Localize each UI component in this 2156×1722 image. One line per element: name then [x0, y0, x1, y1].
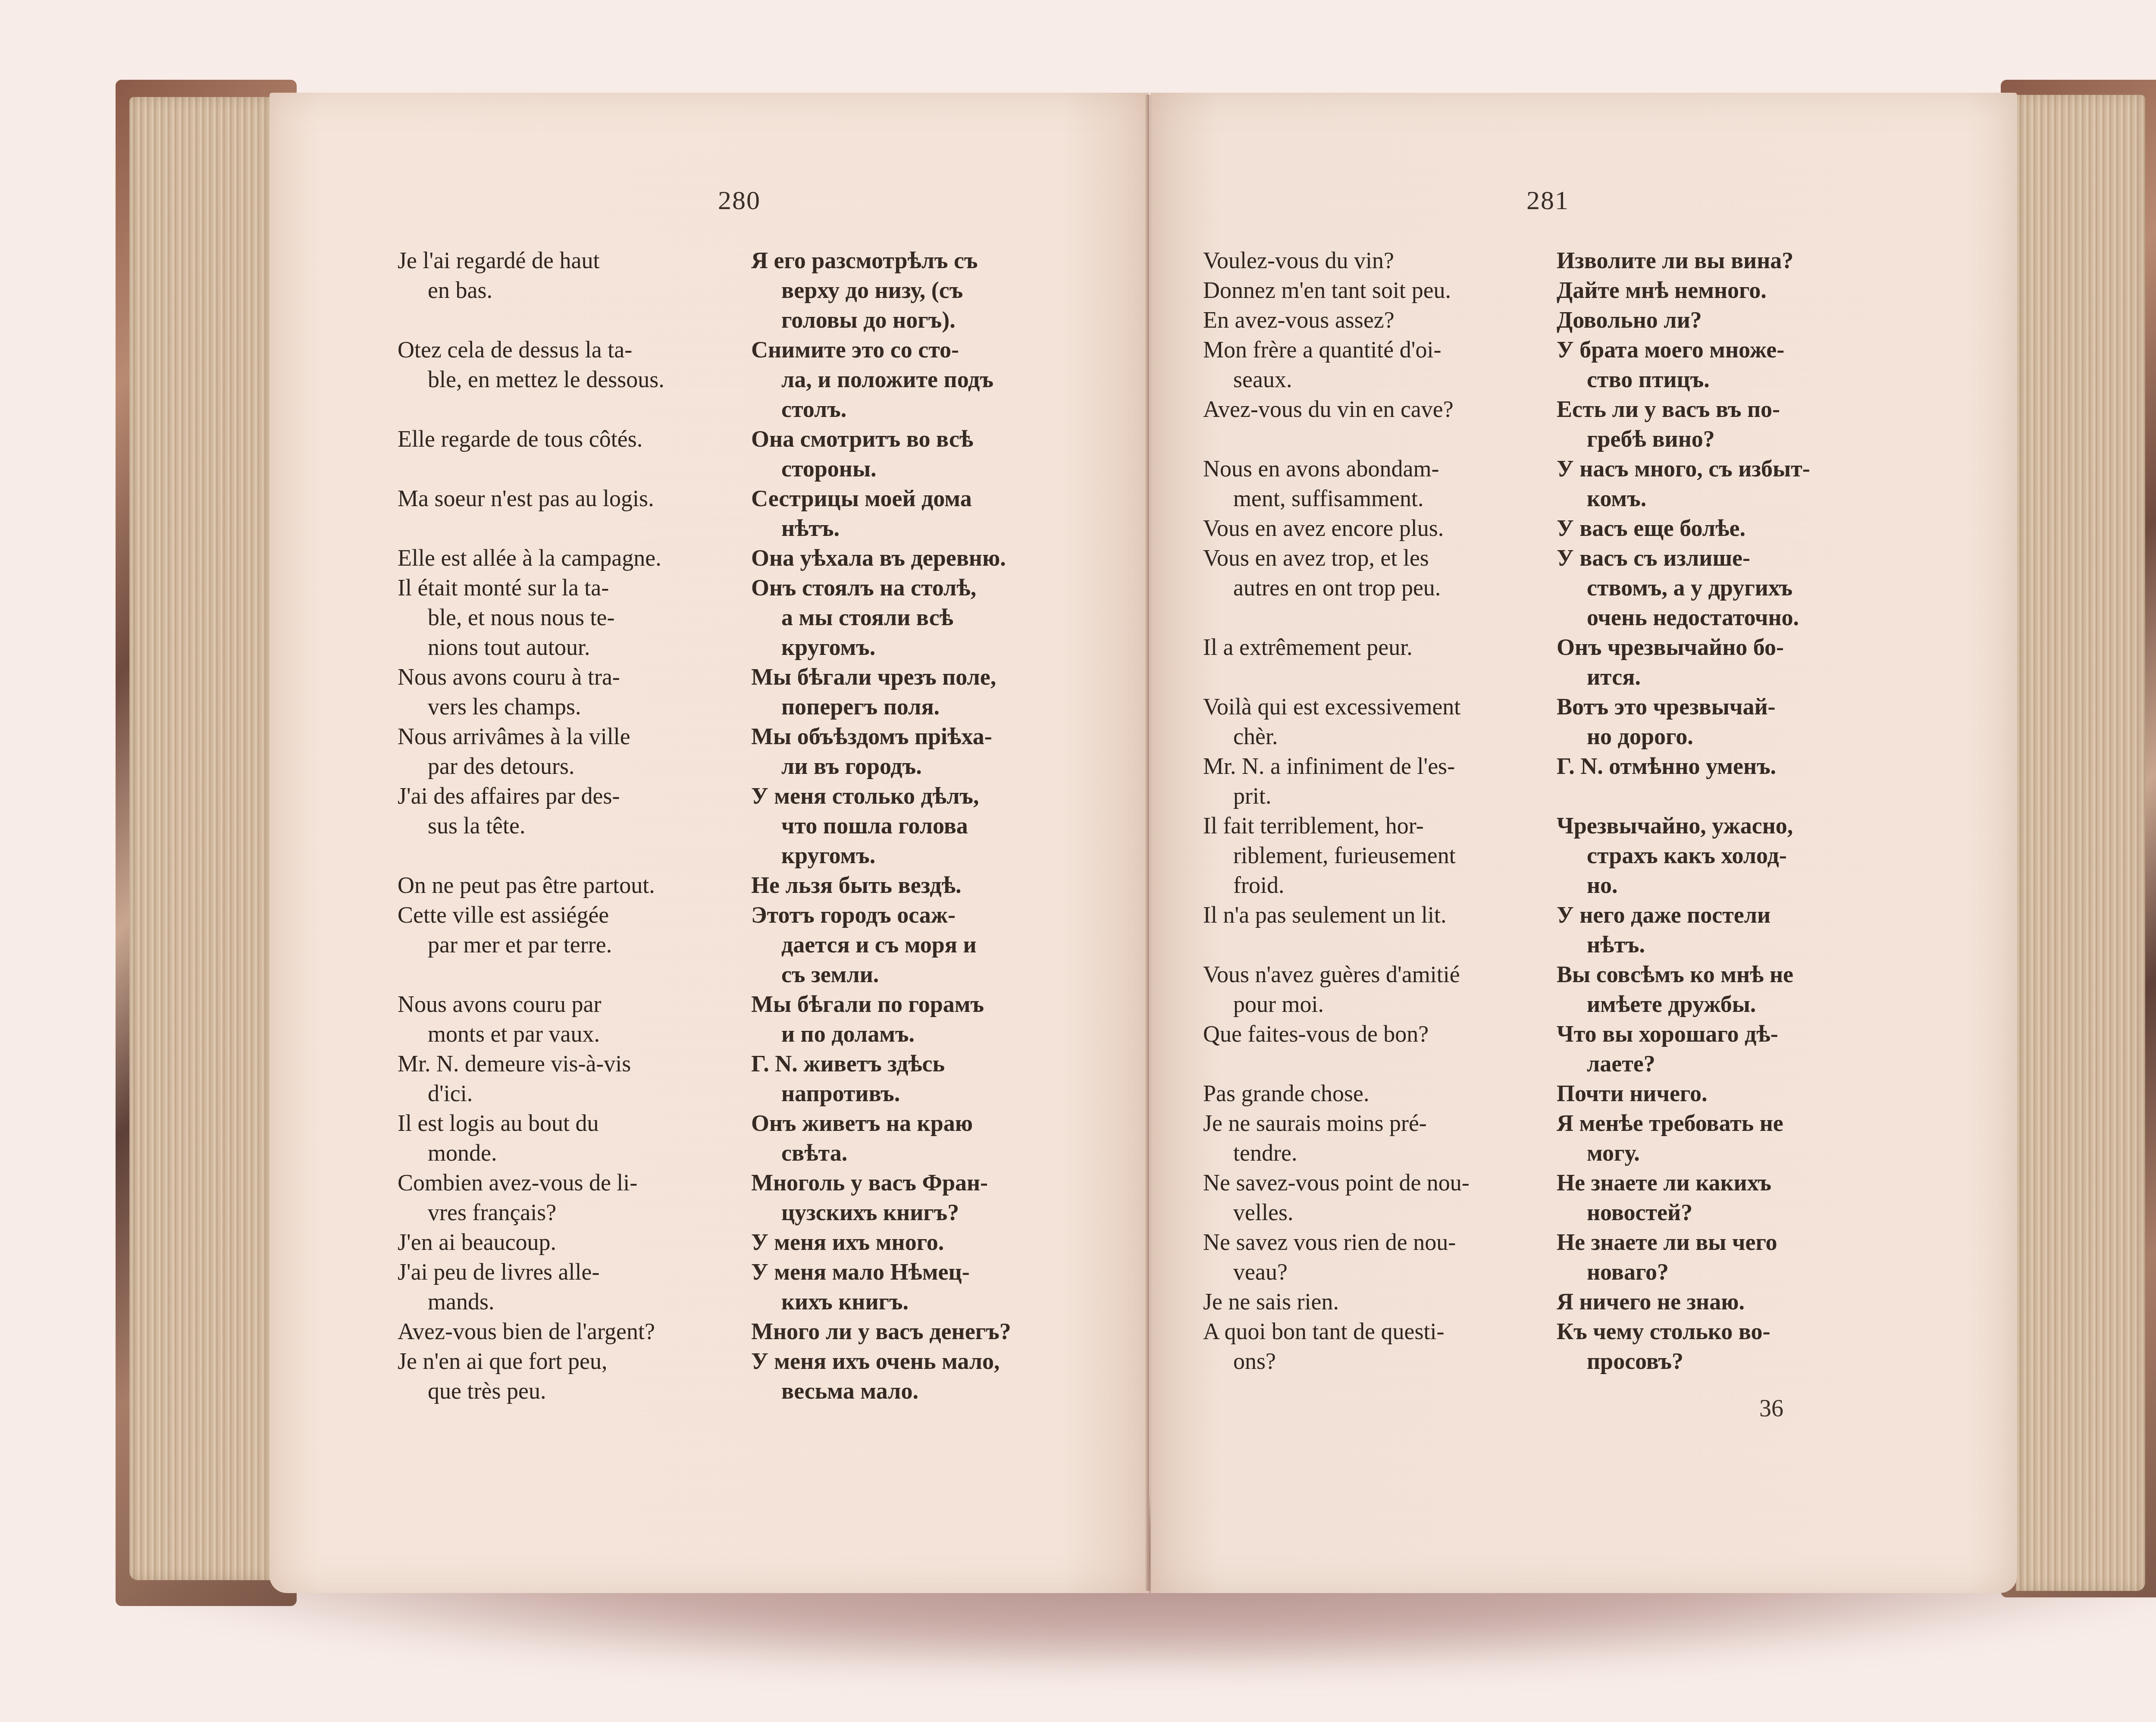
- russian-line: просовъ?: [1557, 1346, 1902, 1376]
- russian-line: нѣтъ.: [1557, 930, 1902, 960]
- russian-line: Есть ли у васъ въ по-: [1557, 394, 1902, 424]
- french-line: Il était monté sur la ta-: [398, 573, 751, 603]
- phrase-entry: J'ai peu de livres alle-mands.У меня мал…: [398, 1257, 1096, 1317]
- french-phrase: En avez-vous assez?: [1203, 305, 1557, 335]
- french-line: Cette ville est assiégée: [398, 900, 751, 930]
- french-phrase: Avez-vous bien de l'argent?: [398, 1317, 751, 1346]
- phrase-entry: Otez cela de dessus la ta-ble, en mettez…: [398, 335, 1096, 424]
- french-line: ment, suffisamment.: [1203, 484, 1557, 513]
- russian-line: нѣтъ.: [751, 513, 1096, 543]
- phrase-entry: Voulez-vous du vin?Изволите ли вы вина?: [1203, 246, 1902, 276]
- french-line: Otez cela de dessus la ta-: [398, 335, 751, 365]
- phrase-entry: Pas grande chose.Почти ничего.: [1203, 1079, 1902, 1108]
- russian-translation: Я ничего не знаю.: [1557, 1287, 1902, 1317]
- russian-line: У меня столько дѣлъ,: [751, 781, 1096, 811]
- french-line: En avez-vous assez?: [1203, 305, 1557, 335]
- french-phrase: Il est logis au bout dumonde.: [398, 1108, 751, 1168]
- russian-line: У насъ много, съ избыт-: [1557, 454, 1902, 484]
- french-line: monts et par vaux.: [398, 1019, 751, 1049]
- french-line: Nous en avons abondam-: [1203, 454, 1557, 484]
- russian-line: съ земли.: [751, 960, 1096, 989]
- phrase-entry: Nous avons couru parmonts et par vaux.Мы…: [398, 989, 1096, 1049]
- french-line: Vous en avez encore plus.: [1203, 513, 1557, 543]
- french-phrase: J'ai des affaires par des-sus la tête.: [398, 781, 751, 870]
- french-line: Je n'en ai que fort peu,: [398, 1346, 751, 1376]
- russian-line: У васъ еще болѣе.: [1557, 513, 1902, 543]
- russian-translation: Она смотритъ во всѣстороны.: [751, 424, 1096, 484]
- phrase-entry: Ne savez-vous point de nou-velles.Не зна…: [1203, 1168, 1902, 1227]
- russian-line: Этотъ городъ осаж-: [751, 900, 1096, 930]
- book-gutter: [1145, 95, 1152, 1591]
- french-line: veau?: [1203, 1257, 1557, 1287]
- russian-line: головы до ногъ).: [751, 305, 1096, 335]
- french-line: Donnez m'en tant soit peu.: [1203, 276, 1557, 305]
- phrase-entry: Mr. N. a infiniment de l'es-prit.Г. N. о…: [1203, 751, 1902, 811]
- french-line: Ma soeur n'est pas au logis.: [398, 484, 751, 513]
- russian-translation: Изволите ли вы вина?: [1557, 246, 1902, 276]
- phrase-entry: Je n'en ai que fort peu,que très peu.У м…: [398, 1346, 1096, 1406]
- phrase-entry: Nous en avons abondam-ment, suffisamment…: [1203, 454, 1902, 513]
- phrase-entry: Il est logis au bout dumonde.Онъ живетъ …: [398, 1108, 1096, 1168]
- russian-line: Г. N. отмѣнно уменъ.: [1557, 751, 1902, 781]
- russian-line: кругомъ.: [751, 632, 1096, 662]
- russian-line: очень недостаточно.: [1557, 603, 1902, 632]
- phrase-entry: Il a extrêmement peur.Онъ чрезвычайно бо…: [1203, 632, 1902, 692]
- russian-translation: Я менѣе требовать немогу.: [1557, 1108, 1902, 1168]
- russian-line: Мы бѣгали чрезъ поле,: [751, 662, 1096, 692]
- french-line: velles.: [1203, 1198, 1557, 1227]
- russian-line: У васъ съ излише-: [1557, 543, 1902, 573]
- french-phrase: On ne peut pas être partout.: [398, 870, 751, 900]
- french-phrase: Voulez-vous du vin?: [1203, 246, 1557, 276]
- russian-line: Сестрицы моей дома: [751, 484, 1096, 513]
- phrase-entry: J'en ai beaucoup.У меня ихъ много.: [398, 1227, 1096, 1257]
- russian-translation: Г. N. живетъ здѣсьнапротивъ.: [751, 1049, 1096, 1108]
- french-phrase: Vous en avez encore plus.: [1203, 513, 1557, 543]
- french-line: pour moi.: [1203, 989, 1557, 1019]
- russian-line: Довольно ли?: [1557, 305, 1902, 335]
- phrase-entry: Nous avons couru à tra-vers les champs.М…: [398, 662, 1096, 722]
- french-phrase: Je ne sais rien.: [1203, 1287, 1557, 1317]
- phrase-entry: Que faites-vous de bon?Что вы хорошаго д…: [1203, 1019, 1902, 1079]
- russian-line: имѣете дружбы.: [1557, 989, 1902, 1019]
- french-phrase: Vous en avez trop, et lesautres en ont t…: [1203, 543, 1557, 632]
- french-phrase: J'ai peu de livres alle-mands.: [398, 1257, 751, 1317]
- french-phrase: Cette ville est assiégéepar mer et par t…: [398, 900, 751, 989]
- french-phrase: Je n'en ai que fort peu,que très peu.: [398, 1346, 751, 1406]
- french-line: mands.: [398, 1287, 751, 1317]
- phrase-entry: Vous n'avez guères d'amitiépour moi.Вы с…: [1203, 960, 1902, 1019]
- page-edges-left: [129, 97, 272, 1580]
- french-line: ons?: [1203, 1346, 1557, 1376]
- french-line: Combien avez-vous de li-: [398, 1168, 751, 1198]
- french-phrase: Ne savez vous rien de nou-veau?: [1203, 1227, 1557, 1287]
- french-line: Voilà qui est excessivement: [1203, 692, 1557, 722]
- russian-translation: Многоль у васъ Фран-цузскихъ книгъ?: [751, 1168, 1096, 1227]
- french-line: Vous en avez trop, et les: [1203, 543, 1557, 573]
- phrase-entry: Avez-vous bien de l'argent?Много ли у ва…: [398, 1317, 1096, 1346]
- russian-line: У меня мало Нѣмец-: [751, 1257, 1096, 1287]
- french-phrase: Nous avons couru parmonts et par vaux.: [398, 989, 751, 1049]
- russian-line: но дорого.: [1557, 722, 1902, 751]
- russian-line: и по доламъ.: [751, 1019, 1096, 1049]
- russian-line: Г. N. живетъ здѣсь: [751, 1049, 1096, 1079]
- phrase-entry: Mr. N. demeure vis-à-visd'ici.Г. N. живе…: [398, 1049, 1096, 1108]
- russian-line: напротивъ.: [751, 1079, 1096, 1108]
- phrase-entry: Ne savez vous rien de nou-veau?Не знаете…: [1203, 1227, 1902, 1287]
- french-phrase: Ne savez-vous point de nou-velles.: [1203, 1168, 1557, 1227]
- russian-line: У меня ихъ много.: [751, 1227, 1096, 1257]
- russian-line: кихъ книгъ.: [751, 1287, 1096, 1317]
- french-line: par mer et par terre.: [398, 930, 751, 960]
- french-phrase: Voilà qui est excessivementchèr.: [1203, 692, 1557, 751]
- french-line: On ne peut pas être partout.: [398, 870, 751, 900]
- french-line: Il n'a pas seulement un lit.: [1203, 900, 1557, 930]
- russian-translation: У брата моего множе-ство птицъ.: [1557, 335, 1902, 394]
- french-line: par des detours.: [398, 751, 751, 781]
- french-phrase: Il fait terriblement, hor-riblement, fur…: [1203, 811, 1557, 900]
- french-phrase: Pas grande chose.: [1203, 1079, 1557, 1108]
- russian-translation: Мы бѣгали по горамъи по доламъ.: [751, 989, 1096, 1049]
- russian-line: Многоль у васъ Фран-: [751, 1168, 1096, 1198]
- russian-line: но.: [1557, 870, 1902, 900]
- russian-translation: Не знаете ли какихъновостей?: [1557, 1168, 1902, 1227]
- french-line: Que faites-vous de bon?: [1203, 1019, 1557, 1049]
- phrase-entry: J'ai des affaires par des-sus la tête.У …: [398, 781, 1096, 870]
- french-line: tendre.: [1203, 1138, 1557, 1168]
- phrase-entry: Voilà qui est excessivementchèr.Вотъ это…: [1203, 692, 1902, 751]
- russian-line: а мы стояли всѣ: [751, 603, 1096, 632]
- page-number-right: 281: [1526, 185, 1569, 216]
- russian-line: лаете?: [1557, 1049, 1902, 1079]
- french-phrase: Vous n'avez guères d'amitiépour moi.: [1203, 960, 1557, 1019]
- russian-translation: Я его разсмотрѣлъ съверху до низу, (съго…: [751, 246, 1096, 335]
- russian-translation: У меня ихъ очень мало,весьма мало.: [751, 1346, 1096, 1406]
- french-phrase: Elle regarde de tous côtés.: [398, 424, 751, 484]
- french-phrase: Nous arrivâmes à la villepar des detours…: [398, 722, 751, 781]
- russian-line: ла, и положите подъ: [751, 365, 1096, 394]
- phrase-entry: Nous arrivâmes à la villepar des detours…: [398, 722, 1096, 781]
- russian-line: столъ.: [751, 394, 1096, 424]
- russian-translation: У васъ съ излише-ствомъ, а у другихъочен…: [1557, 543, 1902, 632]
- russian-translation: Не знаете ли вы чегоноваго?: [1557, 1227, 1902, 1287]
- french-phrase: Mr. N. a infiniment de l'es-prit.: [1203, 751, 1557, 811]
- russian-line: Она смотритъ во всѣ: [751, 424, 1096, 454]
- russian-line: стороны.: [751, 454, 1096, 484]
- russian-translation: Вотъ это чрезвычай-но дорого.: [1557, 692, 1902, 751]
- russian-line: Почти ничего.: [1557, 1079, 1902, 1108]
- russian-translation: У меня ихъ много.: [751, 1227, 1096, 1257]
- phrase-entry: Je l'ai regardé de hauten bas.Я его разс…: [398, 246, 1096, 335]
- french-line: Mr. N. a infiniment de l'es-: [1203, 751, 1557, 781]
- russian-line: Мы объѣздомъ пріѣха-: [751, 722, 1096, 751]
- russian-line: новостей?: [1557, 1198, 1902, 1227]
- phrase-entry: Elle regarde de tous côtés.Она смотритъ …: [398, 424, 1096, 484]
- russian-line: Снимите это со сто-: [751, 335, 1096, 365]
- french-line: Avez-vous du vin en cave?: [1203, 394, 1557, 424]
- french-line: autres en ont trop peu.: [1203, 573, 1557, 603]
- french-line: Vous n'avez guères d'amitié: [1203, 960, 1557, 989]
- french-line: Je l'ai regardé de haut: [398, 246, 751, 276]
- french-line: Je ne saurais moins pré-: [1203, 1108, 1557, 1138]
- russian-translation: У васъ еще болѣе.: [1557, 513, 1902, 543]
- french-line: vres français?: [398, 1198, 751, 1227]
- french-phrase: Nous avons couru à tra-vers les champs.: [398, 662, 751, 722]
- russian-line: гребѣ вино?: [1557, 424, 1902, 454]
- french-phrase: Elle est allée à la campagne.: [398, 543, 751, 573]
- french-line: J'ai des affaires par des-: [398, 781, 751, 811]
- french-line: J'ai peu de livres alle-: [398, 1257, 751, 1287]
- phrase-table-left: Je l'ai regardé de hauten bas.Я его разс…: [398, 246, 1096, 1406]
- phrase-entry: Il fait terriblement, hor-riblement, fur…: [1203, 811, 1902, 900]
- signature-mark: 36: [1759, 1395, 1783, 1422]
- french-line: Nous avons couru à tra-: [398, 662, 751, 692]
- french-line: en bas.: [398, 276, 751, 305]
- french-line: Pas grande chose.: [1203, 1079, 1557, 1108]
- russian-line: Онъ живетъ на краю: [751, 1108, 1096, 1138]
- french-phrase: Il n'a pas seulement un lit.: [1203, 900, 1557, 960]
- french-line: Il fait terriblement, hor-: [1203, 811, 1557, 841]
- french-line: Il est logis au bout du: [398, 1108, 751, 1138]
- russian-line: страхъ какъ холод-: [1557, 841, 1902, 870]
- russian-line: Что вы хорошаго дѣ-: [1557, 1019, 1902, 1049]
- french-line: ble, en mettez le dessous.: [398, 365, 751, 394]
- french-line: nions tout autour.: [398, 632, 751, 662]
- french-line: ble, et nous nous te-: [398, 603, 751, 632]
- russian-line: У него даже постели: [1557, 900, 1902, 930]
- russian-line: ствомъ, а у другихъ: [1557, 573, 1902, 603]
- phrase-entry: Vous en avez trop, et lesautres en ont t…: [1203, 543, 1902, 632]
- russian-line: весьма мало.: [751, 1376, 1096, 1406]
- french-phrase: Je l'ai regardé de hauten bas.: [398, 246, 751, 335]
- russian-line: ится.: [1557, 662, 1902, 692]
- french-line: Elle regarde de tous côtés.: [398, 424, 751, 454]
- russian-line: Изволите ли вы вина?: [1557, 246, 1902, 276]
- phrase-entry: Ma soeur n'est pas au logis.Сестрицы мое…: [398, 484, 1096, 543]
- phrase-entry: Je ne saurais moins pré-tendre.Я менѣе т…: [1203, 1108, 1902, 1168]
- russian-line: Вы совсѣмъ ко мнѣ не: [1557, 960, 1902, 989]
- page-edges-right: [2016, 95, 2145, 1591]
- french-phrase: A quoi bon tant de questi-ons?: [1203, 1317, 1557, 1376]
- phrase-entry: Je ne sais rien.Я ничего не знаю.: [1203, 1287, 1902, 1317]
- phrase-entry: Avez-vous du vin en cave?Есть ли у васъ …: [1203, 394, 1902, 454]
- french-line: sus la tête.: [398, 811, 751, 841]
- russian-translation: Почти ничего.: [1557, 1079, 1902, 1108]
- french-line: vers les champs.: [398, 692, 751, 722]
- russian-translation: У насъ много, съ избыт-комъ.: [1557, 454, 1902, 513]
- french-phrase: J'en ai beaucoup.: [398, 1227, 751, 1257]
- russian-translation: Этотъ городъ осаж-дается и съ моря исъ з…: [751, 900, 1096, 989]
- russian-line: цузскихъ книгъ?: [751, 1198, 1096, 1227]
- russian-line: ли въ городъ.: [751, 751, 1096, 781]
- french-line: A quoi bon tant de questi-: [1203, 1317, 1557, 1346]
- russian-line: Къ чему столько во-: [1557, 1317, 1902, 1346]
- russian-translation: Мы объѣздомъ пріѣха-ли въ городъ.: [751, 722, 1096, 781]
- russian-line: Я его разсмотрѣлъ съ: [751, 246, 1096, 276]
- french-phrase: Ma soeur n'est pas au logis.: [398, 484, 751, 543]
- russian-line: Дайте мнѣ немного.: [1557, 276, 1902, 305]
- russian-translation: Къ чему столько во-просовъ?: [1557, 1317, 1902, 1376]
- french-line: J'en ai beaucoup.: [398, 1227, 751, 1257]
- russian-line: Не знаете ли какихъ: [1557, 1168, 1902, 1198]
- french-line: Avez-vous bien de l'argent?: [398, 1317, 751, 1346]
- russian-line: Мы бѣгали по горамъ: [751, 989, 1096, 1019]
- russian-line: У меня ихъ очень мало,: [751, 1346, 1096, 1376]
- french-line: Voulez-vous du vin?: [1203, 246, 1557, 276]
- russian-line: Онъ чрезвычайно бо-: [1557, 632, 1902, 662]
- russian-line: Много ли у васъ денегъ?: [751, 1317, 1096, 1346]
- phrase-entry: On ne peut pas être partout.Не льзя быть…: [398, 870, 1096, 900]
- french-line: Je ne sais rien.: [1203, 1287, 1557, 1317]
- russian-translation: Онъ живетъ на краюсвѣта.: [751, 1108, 1096, 1168]
- russian-translation: Не льзя быть вездѣ.: [751, 870, 1096, 900]
- russian-line: Онъ стоялъ на столѣ,: [751, 573, 1096, 603]
- russian-translation: Сестрицы моей доманѣтъ.: [751, 484, 1096, 543]
- russian-line: дается и съ моря и: [751, 930, 1096, 960]
- french-phrase: Je ne saurais moins pré-tendre.: [1203, 1108, 1557, 1168]
- russian-line: Вотъ это чрезвычай-: [1557, 692, 1902, 722]
- french-line: Ne savez vous rien de nou-: [1203, 1227, 1557, 1257]
- french-line: Nous arrivâmes à la ville: [398, 722, 751, 751]
- phrase-table-right: Voulez-vous du vin?Изволите ли вы вина?D…: [1203, 246, 1902, 1376]
- french-phrase: Mon frère a quantité d'oi-seaux.: [1203, 335, 1557, 394]
- french-phrase: Combien avez-vous de li-vres français?: [398, 1168, 751, 1227]
- french-line: Mr. N. demeure vis-à-vis: [398, 1049, 751, 1079]
- french-line: Nous avons couru par: [398, 989, 751, 1019]
- russian-translation: Онъ стоялъ на столѣ,а мы стояли всѣкруго…: [751, 573, 1096, 662]
- russian-translation: Вы совсѣмъ ко мнѣ неимѣете дружбы.: [1557, 960, 1902, 1019]
- russian-line: верху до низу, (съ: [751, 276, 1096, 305]
- french-phrase: Nous en avons abondam-ment, suffisamment…: [1203, 454, 1557, 513]
- russian-translation: Чрезвычайно, ужасно,страхъ какъ холод-но…: [1557, 811, 1902, 900]
- russian-translation: Дайте мнѣ немного.: [1557, 276, 1902, 305]
- russian-translation: Много ли у васъ денегъ?: [751, 1317, 1096, 1346]
- french-line: d'ici.: [398, 1079, 751, 1108]
- phrase-entry: Mon frère a quantité d'oi-seaux.У брата …: [1203, 335, 1902, 394]
- russian-line: свѣта.: [751, 1138, 1096, 1168]
- french-phrase: Avez-vous du vin en cave?: [1203, 394, 1557, 454]
- russian-translation: У меня столько дѣлъ,что пошла головакруг…: [751, 781, 1096, 870]
- russian-line: что пошла голова: [751, 811, 1096, 841]
- russian-line: Не знаете ли вы чего: [1557, 1227, 1902, 1257]
- russian-line: Не льзя быть вездѣ.: [751, 870, 1096, 900]
- french-phrase: Il a extrêmement peur.: [1203, 632, 1557, 692]
- french-line: chèr.: [1203, 722, 1557, 751]
- russian-line: Чрезвычайно, ужасно,: [1557, 811, 1902, 841]
- french-line: Ne savez-vous point de nou-: [1203, 1168, 1557, 1198]
- french-line: monde.: [398, 1138, 751, 1168]
- phrase-entry: Vous en avez encore plus.У васъ еще болѣ…: [1203, 513, 1902, 543]
- russian-line: кругомъ.: [751, 841, 1096, 870]
- russian-translation: Довольно ли?: [1557, 305, 1902, 335]
- phrase-entry: Cette ville est assiégéepar mer et par t…: [398, 900, 1096, 989]
- french-line: seaux.: [1203, 365, 1557, 394]
- french-line: que très peu.: [398, 1376, 751, 1406]
- french-phrase: Que faites-vous de bon?: [1203, 1019, 1557, 1079]
- russian-line: Я ничего не знаю.: [1557, 1287, 1902, 1317]
- russian-translation: Снимите это со сто-ла, и положите подъст…: [751, 335, 1096, 424]
- french-phrase: Il était monté sur la ta-ble, et nous no…: [398, 573, 751, 662]
- phrase-entry: Il était monté sur la ta-ble, et nous no…: [398, 573, 1096, 662]
- russian-translation: Онъ чрезвычайно бо-ится.: [1557, 632, 1902, 692]
- french-phrase: Mr. N. demeure vis-à-visd'ici.: [398, 1049, 751, 1108]
- phrase-entry: Combien avez-vous de li-vres français?Мн…: [398, 1168, 1096, 1227]
- russian-line: У брата моего множе-: [1557, 335, 1902, 365]
- russian-translation: Есть ли у васъ въ по-гребѣ вино?: [1557, 394, 1902, 454]
- russian-translation: У него даже постелинѣтъ.: [1557, 900, 1902, 960]
- phrase-entry: A quoi bon tant de questi-ons?Къ чему ст…: [1203, 1317, 1902, 1376]
- russian-translation: Г. N. отмѣнно уменъ.: [1557, 751, 1902, 811]
- phrase-entry: Donnez m'en tant soit peu.Дайте мнѣ немн…: [1203, 276, 1902, 305]
- russian-translation: У меня мало Нѣмец-кихъ книгъ.: [751, 1257, 1096, 1317]
- russian-translation: Она уѣхала въ деревню.: [751, 543, 1096, 573]
- russian-line: Я менѣе требовать не: [1557, 1108, 1902, 1138]
- russian-translation: Что вы хорошаго дѣ-лаете?: [1557, 1019, 1902, 1079]
- russian-line: могу.: [1557, 1138, 1902, 1168]
- page-number-left: 280: [718, 185, 761, 216]
- french-line: Il a extrêmement peur.: [1203, 632, 1557, 662]
- phrase-entry: Il n'a pas seulement un lit.У него даже …: [1203, 900, 1902, 960]
- russian-translation: Мы бѣгали чрезъ поле,поперегъ поля.: [751, 662, 1096, 722]
- french-line: prit.: [1203, 781, 1557, 811]
- french-phrase: Otez cela de dessus la ta-ble, en mettez…: [398, 335, 751, 424]
- russian-line: Она уѣхала въ деревню.: [751, 543, 1096, 573]
- russian-line: новаго?: [1557, 1257, 1902, 1287]
- french-line: Elle est allée à la campagne.: [398, 543, 751, 573]
- french-phrase: Donnez m'en tant soit peu.: [1203, 276, 1557, 305]
- french-line: Mon frère a quantité d'oi-: [1203, 335, 1557, 365]
- phrase-entry: Elle est allée à la campagne.Она уѣхала …: [398, 543, 1096, 573]
- french-line: froid.: [1203, 870, 1557, 900]
- french-line: riblement, furieusement: [1203, 841, 1557, 870]
- russian-line: комъ.: [1557, 484, 1902, 513]
- russian-line: ство птицъ.: [1557, 365, 1902, 394]
- phrase-entry: En avez-vous assez?Довольно ли?: [1203, 305, 1902, 335]
- russian-line: поперегъ поля.: [751, 692, 1096, 722]
